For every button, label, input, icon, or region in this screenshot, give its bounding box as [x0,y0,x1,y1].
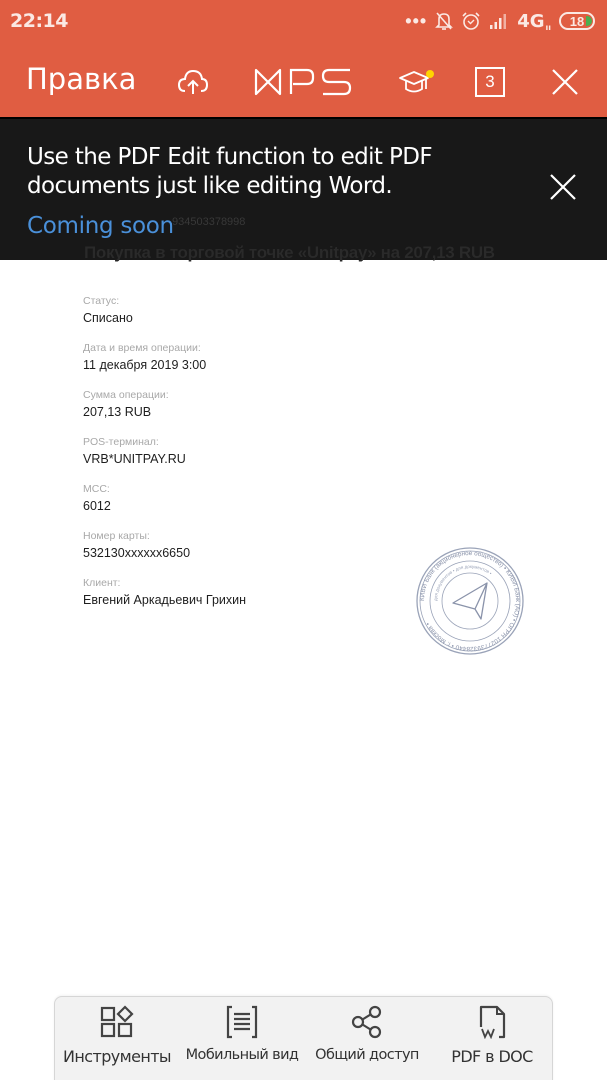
banner-message: Use the PDF Edit function to edit PDF do… [27,143,497,201]
network-4g-icon: 4Gıı [517,11,551,32]
cloud-upload-icon [176,67,210,97]
tabs-button[interactable]: 3 [470,62,510,102]
field-value: Евгений Аркадьевич Грихин [83,590,246,610]
pdf-to-doc-button[interactable]: PDF в DOC [437,1005,547,1066]
coming-soon-link[interactable]: Coming soon [27,213,174,239]
field-amount: Сумма операции: 207,13 RUB [83,388,246,422]
field-label: Клиент: [83,576,246,590]
mobile-view-label: Мобильный вид [186,1047,299,1063]
share-label: Общий доступ [315,1047,419,1063]
status-icons: ••• 4Gıı 18 [405,8,595,34]
field-value: 11 декабря 2019 3:00 [83,355,246,375]
field-status: Статус: Списано [83,294,246,328]
tabs-count-icon: 3 [475,67,505,97]
more-dots-icon: ••• [405,16,427,26]
field-label: Сумма операции: [83,388,246,402]
status-time: 22:14 [10,10,68,32]
mobile-view-icon [224,1005,260,1039]
cloud-upload-button[interactable] [173,62,213,102]
field-client: Клиент: Евгений Аркадьевич Грихин [83,576,246,610]
close-document-button[interactable] [545,62,585,102]
status-bar: 22:14 ••• 4Gıı 18 [0,0,607,42]
field-label: Дата и время операции: [83,341,246,355]
field-value: 532130xxxxxx6650 [83,543,246,563]
transaction-details: Статус: Списано Дата и время операции: 1… [83,294,246,623]
field-label: Номер карты: [83,529,246,543]
tools-button[interactable]: Инструменты [61,1005,173,1066]
mobile-view-button[interactable]: Мобильный вид [185,1005,299,1063]
field-datetime: Дата и время операции: 11 декабря 2019 3… [83,341,246,375]
field-pos-terminal: POS-терминал: VRB*UNITPAY.RU [83,435,246,469]
notification-dot [426,70,434,78]
toolbar: Правка 3 [0,52,607,110]
field-value: VRB*UNITPAY.RU [83,449,246,469]
field-value: 6012 [83,496,246,516]
svg-text:для документов • для документо: для документов • для документов • [433,564,493,601]
field-mcc: MCC: 6012 [83,482,246,516]
bottom-toolbar: Инструменты Мобильный вид Общий доступ P… [54,996,553,1080]
field-label: Статус: [83,294,246,308]
battery-icon: 18 [559,12,595,30]
signal-icon [489,12,509,30]
field-card-number: Номер карты: 532130xxxxxx6650 [83,529,246,563]
tools-label: Инструменты [63,1047,171,1066]
share-button[interactable]: Общий доступ [311,1005,423,1063]
field-value: 207,13 RUB [83,402,246,422]
transaction-id-overlay: 934503378998 [172,216,245,228]
edit-menu-button[interactable]: Правка [26,62,136,96]
field-label: MCC: [83,482,246,496]
app-bar: 22:14 ••• 4Gıı 18 Правка [0,0,607,117]
tools-grid-icon [99,1005,135,1039]
bell-muted-icon [435,11,453,31]
field-label: POS-терминал: [83,435,246,449]
wps-logo [250,62,355,102]
field-value: Списано [83,308,246,328]
share-icon [349,1005,385,1039]
pdf-to-doc-label: PDF в DOC [451,1047,532,1066]
document-title-overlay: Покупка в торговой точке «Unitpay» на 20… [84,243,495,263]
learn-button[interactable] [395,62,435,102]
close-icon [551,68,579,96]
promo-banner: Use the PDF Edit function to edit PDF do… [0,117,607,260]
banner-close-icon[interactable] [549,173,577,201]
alarm-icon [461,11,481,31]
pdf-to-doc-icon [474,1005,510,1039]
bank-stamp-icon: КИВИ Банк (акционерное общество) • КИВИ … [415,546,525,656]
